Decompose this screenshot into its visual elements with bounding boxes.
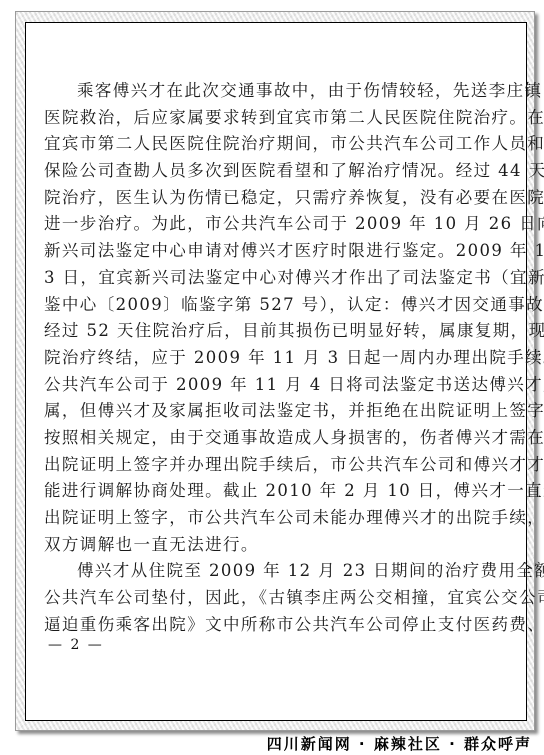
text-line: 院治疗终结，应于 2009 年 11 月 3 日起一周内办理出院手续。市 <box>44 345 464 372</box>
text-line: 保险公司查勘人员多次到医院看望和了解治疗情况。经过 44 天住 <box>44 158 464 185</box>
text-line: 公共汽车公司垫付，因此，《古镇李庄两公交相撞，宜宾公交公司 <box>44 585 464 612</box>
text-line: 乘客傅兴才在此次交通事故中，由于伤情较轻，先送李庄镇 <box>44 78 464 105</box>
text-line: 鉴中心〔2009〕临鉴字第 527 号），认定：傅兴才因交通事故受伤， <box>44 292 464 319</box>
text-line: 能进行调解协商处理。截止 2010 年 2 月 10 日，傅兴才一直未在 <box>44 478 464 505</box>
text-line: 按照相关规定，由于交通事故造成人身损害的，伤者傅兴才需在 <box>44 425 464 452</box>
paragraph-1: 乘客傅兴才在此次交通事故中，由于伤情较轻，先送李庄镇 医院救治，后应家属要求转到… <box>44 78 464 558</box>
text-line: 3 日，宜宾新兴司法鉴定中心对傅兴才作出了司法鉴定书（宜新司 <box>44 265 464 292</box>
text-line: 出院证明上签字并办理出院手续后，市公共汽车公司和傅兴才才 <box>44 452 464 479</box>
text-line: 新兴司法鉴定中心申请对傅兴才医疗时限进行鉴定。2009 年 11 月 <box>44 238 464 265</box>
text-line: 傅兴才从住院至 2009 年 12 月 23 日期间的治疗费用全额由市 <box>44 558 464 585</box>
text-line: 出院证明上签字，市公共汽车公司未能办理傅兴才的出院手续， <box>44 505 464 532</box>
text-line: 宜宾市第二人民医院住院治疗期间，市公共汽车公司工作人员和 <box>44 131 464 158</box>
text-line: 院治疗，医生认为伤情已稳定，只需疗养恢复，没有必要在医院 <box>44 185 464 212</box>
text-line: 经过 52 天住院治疗后，目前其损伤已明显好转，属康复期，现住 <box>44 318 464 345</box>
text-line: 属，但傅兴才及家属拒收司法鉴定书，并拒绝在出院证明上签字。 <box>44 398 464 425</box>
page-number: — 2 — <box>48 637 104 653</box>
document-body: 乘客傅兴才在此次交通事故中，由于伤情较轻，先送李庄镇 医院救治，后应家属要求转到… <box>44 78 464 638</box>
text-line: 双方调解也一直无法进行。 <box>44 532 464 559</box>
text-line: 逼迫重伤乘客出院》文中所称市公共汽车公司停止支付医药费、 <box>44 612 464 639</box>
text-line: 进一步治疗。为此，市公共汽车公司于 2009 年 10 月 26 日向宜宾 <box>44 211 464 238</box>
text-line: 公共汽车公司于 2009 年 11 月 4 日将司法鉴定书送达傅兴才及家 <box>44 372 464 399</box>
paragraph-2: 傅兴才从住院至 2009 年 12 月 23 日期间的治疗费用全额由市 公共汽车… <box>44 558 464 638</box>
source-watermark: 四川新闻网 · 麻辣社区 · 群众呼声 <box>267 733 532 754</box>
text-line: 医院救治，后应家属要求转到宜宾市第二人民医院住院治疗。在 <box>44 105 464 132</box>
